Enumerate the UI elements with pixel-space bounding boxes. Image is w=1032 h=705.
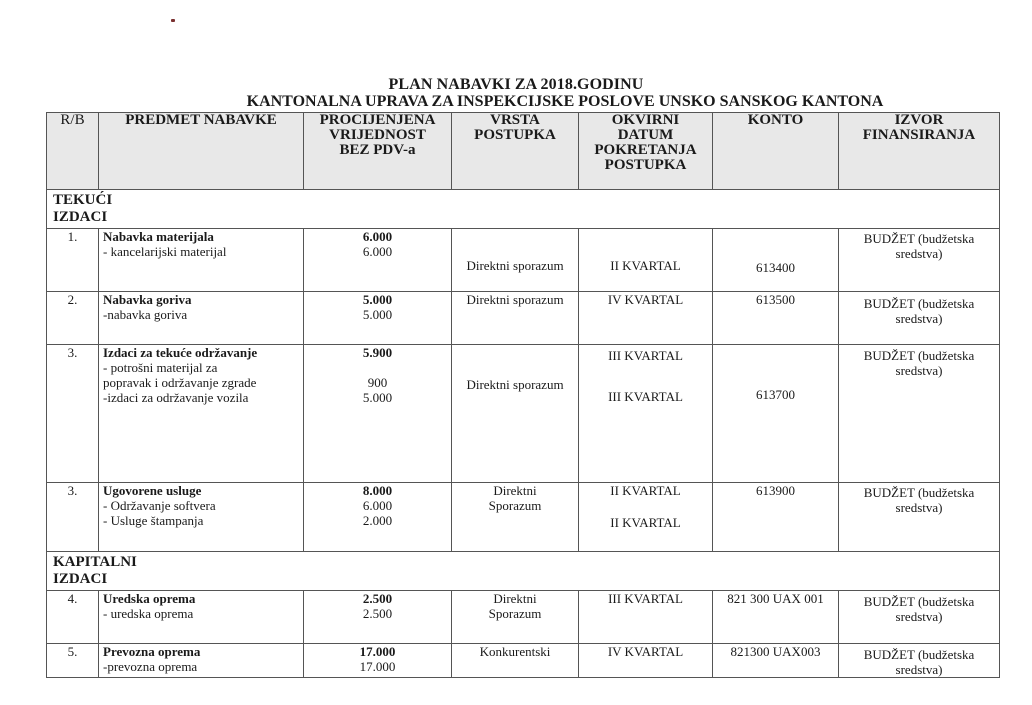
row-konto: 821300 UAX003 <box>713 644 839 678</box>
row-source: BUDŽET (budžetska sredstva) <box>839 292 1000 345</box>
section-row-tekuci: TEKUĆI IZDACI <box>47 190 1000 229</box>
row-number: 5. <box>47 644 99 678</box>
row-subject: Prevozna oprema -prevozna oprema <box>99 644 304 678</box>
row-procedure: Direktni Sporazum <box>452 483 579 552</box>
row-number: 2. <box>47 292 99 345</box>
header-row: R/B PREDMET NABAVKE PROCIJENJENA VRIJEDN… <box>47 113 1000 190</box>
row-source: BUDŽET (budžetska sredstva) <box>839 229 1000 292</box>
section-label: KAPITALNI IZDACI <box>47 552 1000 591</box>
row-procedure: Direktni Sporazum <box>452 591 579 644</box>
row-number: 4. <box>47 591 99 644</box>
table-row: 3. Ugovorene usluge - Održavanje softver… <box>47 483 1000 552</box>
row-konto: 613400 <box>713 229 839 292</box>
document-subtitle: KANTONALNA UPRAVA ZA INSPEKCIJSKE POSLOV… <box>210 93 920 111</box>
row-date: IV KVARTAL <box>579 644 713 678</box>
row-subject: Izdaci za tekuće održavanje - potrošni m… <box>99 345 304 483</box>
row-number: 3. <box>47 483 99 552</box>
section-label: TEKUĆI IZDACI <box>47 190 1000 229</box>
row-value: 5.900 900 5.000 <box>304 345 452 483</box>
header-rb: R/B <box>47 113 99 190</box>
row-konto: 821 300 UAX 001 <box>713 591 839 644</box>
table-row: 3. Izdaci za tekuće održavanje - potrošn… <box>47 345 1000 483</box>
table-row: 5. Prevozna oprema -prevozna oprema 17.0… <box>47 644 1000 678</box>
row-source: BUDŽET (budžetska sredstva) <box>839 644 1000 678</box>
row-procedure: Direktni sporazum <box>452 229 579 292</box>
table-row: 1. Nabavka materijala - kancelarijski ma… <box>47 229 1000 292</box>
row-date: II KVARTAL II KVARTAL <box>579 483 713 552</box>
row-konto: 613900 <box>713 483 839 552</box>
row-value: 17.000 17.000 <box>304 644 452 678</box>
row-procedure: Konkurentski <box>452 644 579 678</box>
header-konto: KONTO <box>713 113 839 190</box>
row-procedure: Direktni sporazum <box>452 345 579 483</box>
row-subject: Nabavka goriva -nabavka goriva <box>99 292 304 345</box>
row-date: III KVARTAL III KVARTAL <box>579 345 713 483</box>
row-date: III KVARTAL <box>579 591 713 644</box>
row-konto: 613500 <box>713 292 839 345</box>
row-date: II KVARTAL <box>579 229 713 292</box>
row-subject: Uredska oprema - uredska oprema <box>99 591 304 644</box>
header-source: IZVOR FINANSIRANJA <box>839 113 1000 190</box>
header-procedure: VRSTA POSTUPKA <box>452 113 579 190</box>
header-value: PROCIJENJENA VRIJEDNOST BEZ PDV-a <box>304 113 452 190</box>
row-source: BUDŽET (budžetska sredstva) <box>839 591 1000 644</box>
row-value: 2.500 2.500 <box>304 591 452 644</box>
document-title: PLAN NABAVKI ZA 2018.GODINU <box>0 76 1032 94</box>
procurement-plan-table: R/B PREDMET NABAVKE PROCIJENJENA VRIJEDN… <box>46 112 1000 678</box>
row-source: BUDŽET (budžetska sredstva) <box>839 345 1000 483</box>
row-procedure: Direktni sporazum <box>452 292 579 345</box>
row-subject: Nabavka materijala - kancelarijski mater… <box>99 229 304 292</box>
row-value: 6.000 6.000 <box>304 229 452 292</box>
header-subject: PREDMET NABAVKE <box>99 113 304 190</box>
section-row-kapitalni: KAPITALNI IZDACI <box>47 552 1000 591</box>
row-number: 3. <box>47 345 99 483</box>
table-row: 4. Uredska oprema - uredska oprema 2.500… <box>47 591 1000 644</box>
table-row: 2. Nabavka goriva -nabavka goriva 5.000 … <box>47 292 1000 345</box>
row-value: 8.000 6.000 2.000 <box>304 483 452 552</box>
row-date: IV KVARTAL <box>579 292 713 345</box>
row-value: 5.000 5.000 <box>304 292 452 345</box>
scan-speck <box>171 19 175 22</box>
row-source: BUDŽET (budžetska sredstva) <box>839 483 1000 552</box>
row-number: 1. <box>47 229 99 292</box>
row-subject: Ugovorene usluge - Održavanje softvera -… <box>99 483 304 552</box>
row-konto: 613700 <box>713 345 839 483</box>
header-date: OKVIRNI DATUM POKRETANJA POSTUPKA <box>579 113 713 190</box>
